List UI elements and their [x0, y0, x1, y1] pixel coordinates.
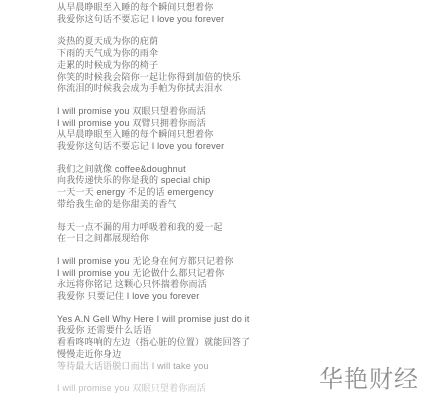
- lyric-line: 一天一天 energy 不足的话 emergency: [57, 187, 424, 199]
- lyric-line: 炎热的夏天成为你的庇荫: [57, 36, 424, 48]
- lyric-line: 从早晨睁眼至入睡的每个瞬间只想着你: [57, 2, 424, 14]
- lyric-line: I will promise you 双臂只拥着你而活: [57, 118, 424, 130]
- lyric-line: 我爱你 还需要什么话语: [57, 325, 424, 337]
- lyric-line: 每天一点不漏的用力呼吸着和我的爱一起: [57, 222, 424, 234]
- lyrics-panel: 从早晨睁眼至入睡的每个瞬间只想着你我爱你这句话不要忘记 I love you f…: [57, 2, 424, 400]
- lyric-line: 你笑的时候我会陪你一起让你得到加倍的快乐: [57, 72, 424, 84]
- lyric-stanza: I will promise you 无论身在何方都只记着你I will pro…: [57, 256, 424, 303]
- lyric-line: 下雨的天气成为你的雨伞: [57, 48, 424, 60]
- lyric-stanza: 我们之间就像 coffee&doughnut向我传递快乐的你是我的 specia…: [57, 164, 424, 211]
- lyric-line: I will promise you 双眼只望着你而活: [57, 106, 424, 118]
- lyric-stanza: 每天一点不漏的用力呼吸着和我的爱一起在一日之间都展现给你: [57, 222, 424, 245]
- lyric-line: 你流泪的时候我会成为手帕为你拭去泪水: [57, 83, 424, 95]
- lyric-line: 我爱你这句话不要忘记 I love you forever: [57, 141, 424, 153]
- lyrics-page: 从早晨睁眼至入睡的每个瞬间只想着你我爱你这句话不要忘记 I love you f…: [0, 0, 424, 400]
- lyric-stanza: Yes A.N Gell Why Here I will promise jus…: [57, 314, 424, 373]
- lyric-line: 我爱你这句话不要忘记 I love you forever: [57, 14, 424, 26]
- lyric-line: I will promise you 无论身在何方都只记着你: [57, 256, 424, 268]
- lyric-line: Yes A.N Gell Why Here I will promise jus…: [57, 314, 424, 326]
- lyric-line: 我爱你 只要记住 I love you forever: [57, 291, 424, 303]
- lyric-line: 从早晨睁眼至入睡的每个瞬间只想着你: [57, 129, 424, 141]
- lyric-line: 看看咚咚响的左边（指心脏的位置）就能回答了: [57, 337, 424, 349]
- lyric-line: 我们之间就像 coffee&doughnut: [57, 164, 424, 176]
- lyric-line: 在一日之间都展现给你: [57, 233, 424, 245]
- watermark: 华艳财经: [319, 368, 419, 392]
- lyric-line: 走累的时候成为你的椅子: [57, 60, 424, 72]
- lyric-line: 慢慢走近你身边: [57, 349, 424, 361]
- lyric-line: 带给我生命的是你甜美的香气: [57, 199, 424, 211]
- lyric-line: 向我传递快乐的你是我的 special chip: [57, 175, 424, 187]
- lyric-stanza: 炎热的夏天成为你的庇荫下雨的天气成为你的雨伞走累的时候成为你的椅子你笑的时候我会…: [57, 36, 424, 95]
- lyric-line: 永远将你铭记 这颗心只怀揣着你而活: [57, 279, 424, 291]
- lyric-stanza: 从早晨睁眼至入睡的每个瞬间只想着你我爱你这句话不要忘记 I love you f…: [57, 2, 424, 25]
- lyric-line: I will promise you 无论做什么都只记着你: [57, 268, 424, 280]
- lyric-stanza: I will promise you 双眼只望着你而活I will promis…: [57, 106, 424, 153]
